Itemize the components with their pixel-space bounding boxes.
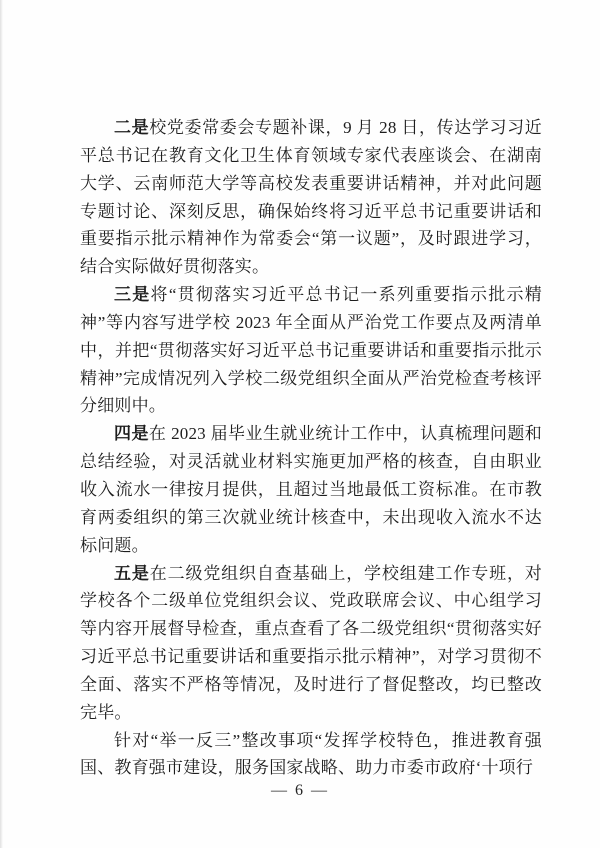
paragraph: 五是在二级党组织自查基础上，学校组建工作专班，对学校各个二级单位党组织会议、党政… — [80, 560, 542, 727]
paragraph-lead: 四是 — [114, 424, 149, 443]
page-number: — 6 — — [0, 782, 600, 800]
paragraph: 四是在 2023 届毕业生就业统计工作中，认真梳理问题和总结经验，对灵活就业材料… — [80, 420, 542, 559]
document-body: 二是校党委常委会专题补课，9 月 28 日，传达学习习近平总书记在教育文化卫生体… — [80, 114, 542, 782]
paragraph: 针对“举一反三”整改事项“发挥学校特色，推进教育强国、教育强市建设，服务国家战略… — [80, 727, 542, 783]
paragraph-text: 针对“举一反三”整改事项“发挥学校特色，推进教育强国、教育强市建设，服务国家战略… — [80, 731, 542, 778]
paragraph-lead: 二是 — [114, 118, 149, 137]
paragraph-lead: 三是 — [114, 285, 151, 304]
scan-edge-artifact — [0, 0, 3, 848]
paragraph-text: 在二级党组织自查基础上，学校组建工作专班，对学校各个二级单位党组织会议、党政联席… — [80, 564, 542, 722]
paragraph-text: 校党委常委会专题补课，9 月 28 日，传达学习习近平总书记在教育文化卫生体育领… — [80, 118, 542, 276]
paragraph: 二是校党委常委会专题补课，9 月 28 日，传达学习习近平总书记在教育文化卫生体… — [80, 114, 542, 281]
document-page: 二是校党委常委会专题补课，9 月 28 日，传达学习习近平总书记在教育文化卫生体… — [0, 0, 600, 848]
paragraph-text: 将“贯彻落实习近平总书记一系列重要指示批示精神”等内容写进学校 2023 年全面… — [80, 285, 542, 415]
paragraph-text: 在 2023 届毕业生就业统计工作中，认真梳理问题和总结经验，对灵活就业材料实施… — [80, 424, 542, 554]
paragraph: 三是将“贯彻落实习近平总书记一系列重要指示批示精神”等内容写进学校 2023 年… — [80, 281, 542, 420]
paragraph-lead: 五是 — [114, 564, 150, 583]
